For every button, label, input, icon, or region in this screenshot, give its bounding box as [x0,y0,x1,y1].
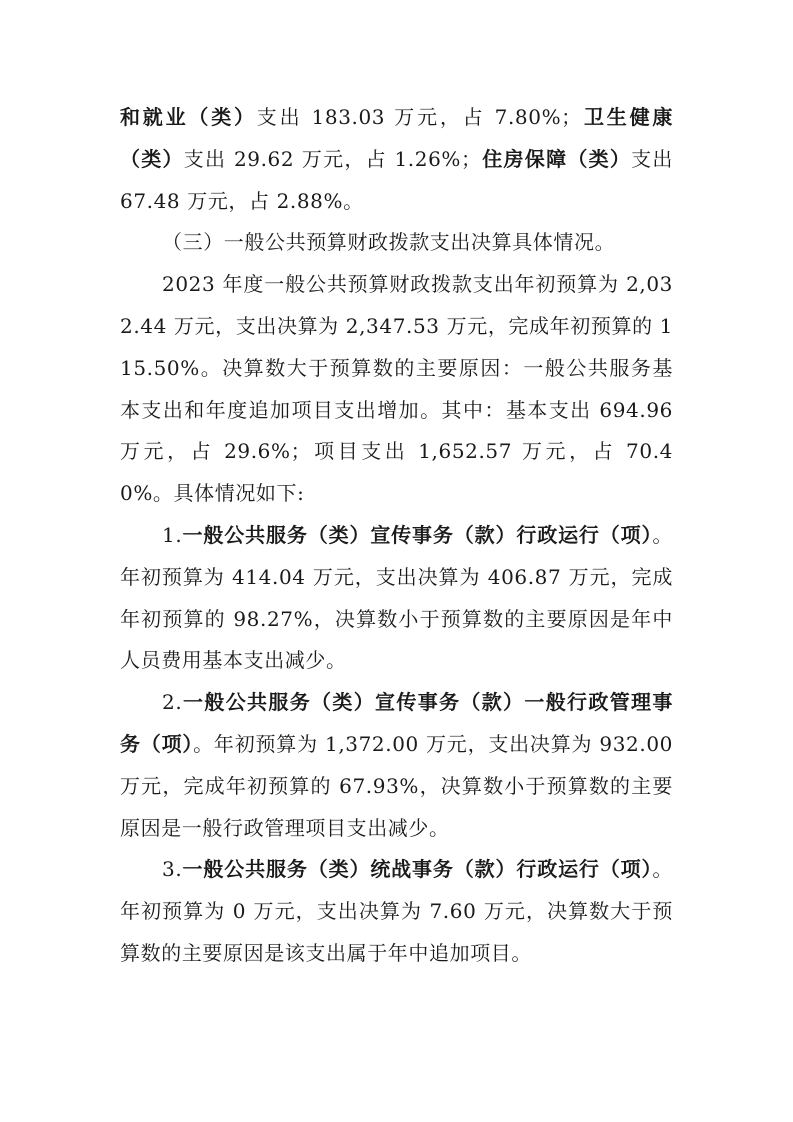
item-2-body: 。年初预算为 1,372.00 万元，支出决算为 932.00 万元，完成年初预… [120,732,673,840]
employment-amount-text: 支出 183.03 万元，占 7.80%； [257,105,582,129]
paragraph-item-1: 1.一般公共服务（类）宣传事务（款）行政运行（项）。年初预算为 414.04 万… [120,515,673,682]
category-housing-label: 住房保障（类） [482,147,632,171]
section-heading-3: （三）一般公共预算财政拨款支出决算具体情况。 [120,222,673,264]
item-1-number: 1. [162,523,182,547]
item-1-title: 一般公共服务（类）宣传事务（款）行政运行（项） [182,523,652,547]
item-3-title: 一般公共服务（类）统战事务（款）行政运行（项） [182,857,652,881]
paragraph-item-2: 2.一般公共服务（类）宣传事务（款）一般行政管理事务（项）。年初预算为 1,37… [120,682,673,849]
item-3-number: 3. [162,857,182,881]
document-page: 和就业（类）支出 183.03 万元，占 7.80%；卫生健康（类）支出 29.… [120,97,673,975]
item-2-number: 2. [162,690,182,714]
health-amount-text: 支出 29.62 万元，占 1.26%； [184,147,482,171]
budget-summary-text: 2023 年度一般公共预算财政拨款支出年初预算为 2,032.44 万元，支出决… [120,272,673,505]
paragraph-expenditure-categories-continued: 和就业（类）支出 183.03 万元，占 7.80%；卫生健康（类）支出 29.… [120,97,673,222]
category-employment-label: 和就业（类） [120,105,257,129]
paragraph-item-3: 3.一般公共服务（类）统战事务（款）行政运行（项）。年初预算为 0 万元，支出决… [120,849,673,974]
section-heading-text: （三）一般公共预算财政拨款支出决算具体情况。 [162,230,615,254]
paragraph-budget-summary: 2023 年度一般公共预算财政拨款支出年初预算为 2,032.44 万元，支出决… [120,264,673,515]
